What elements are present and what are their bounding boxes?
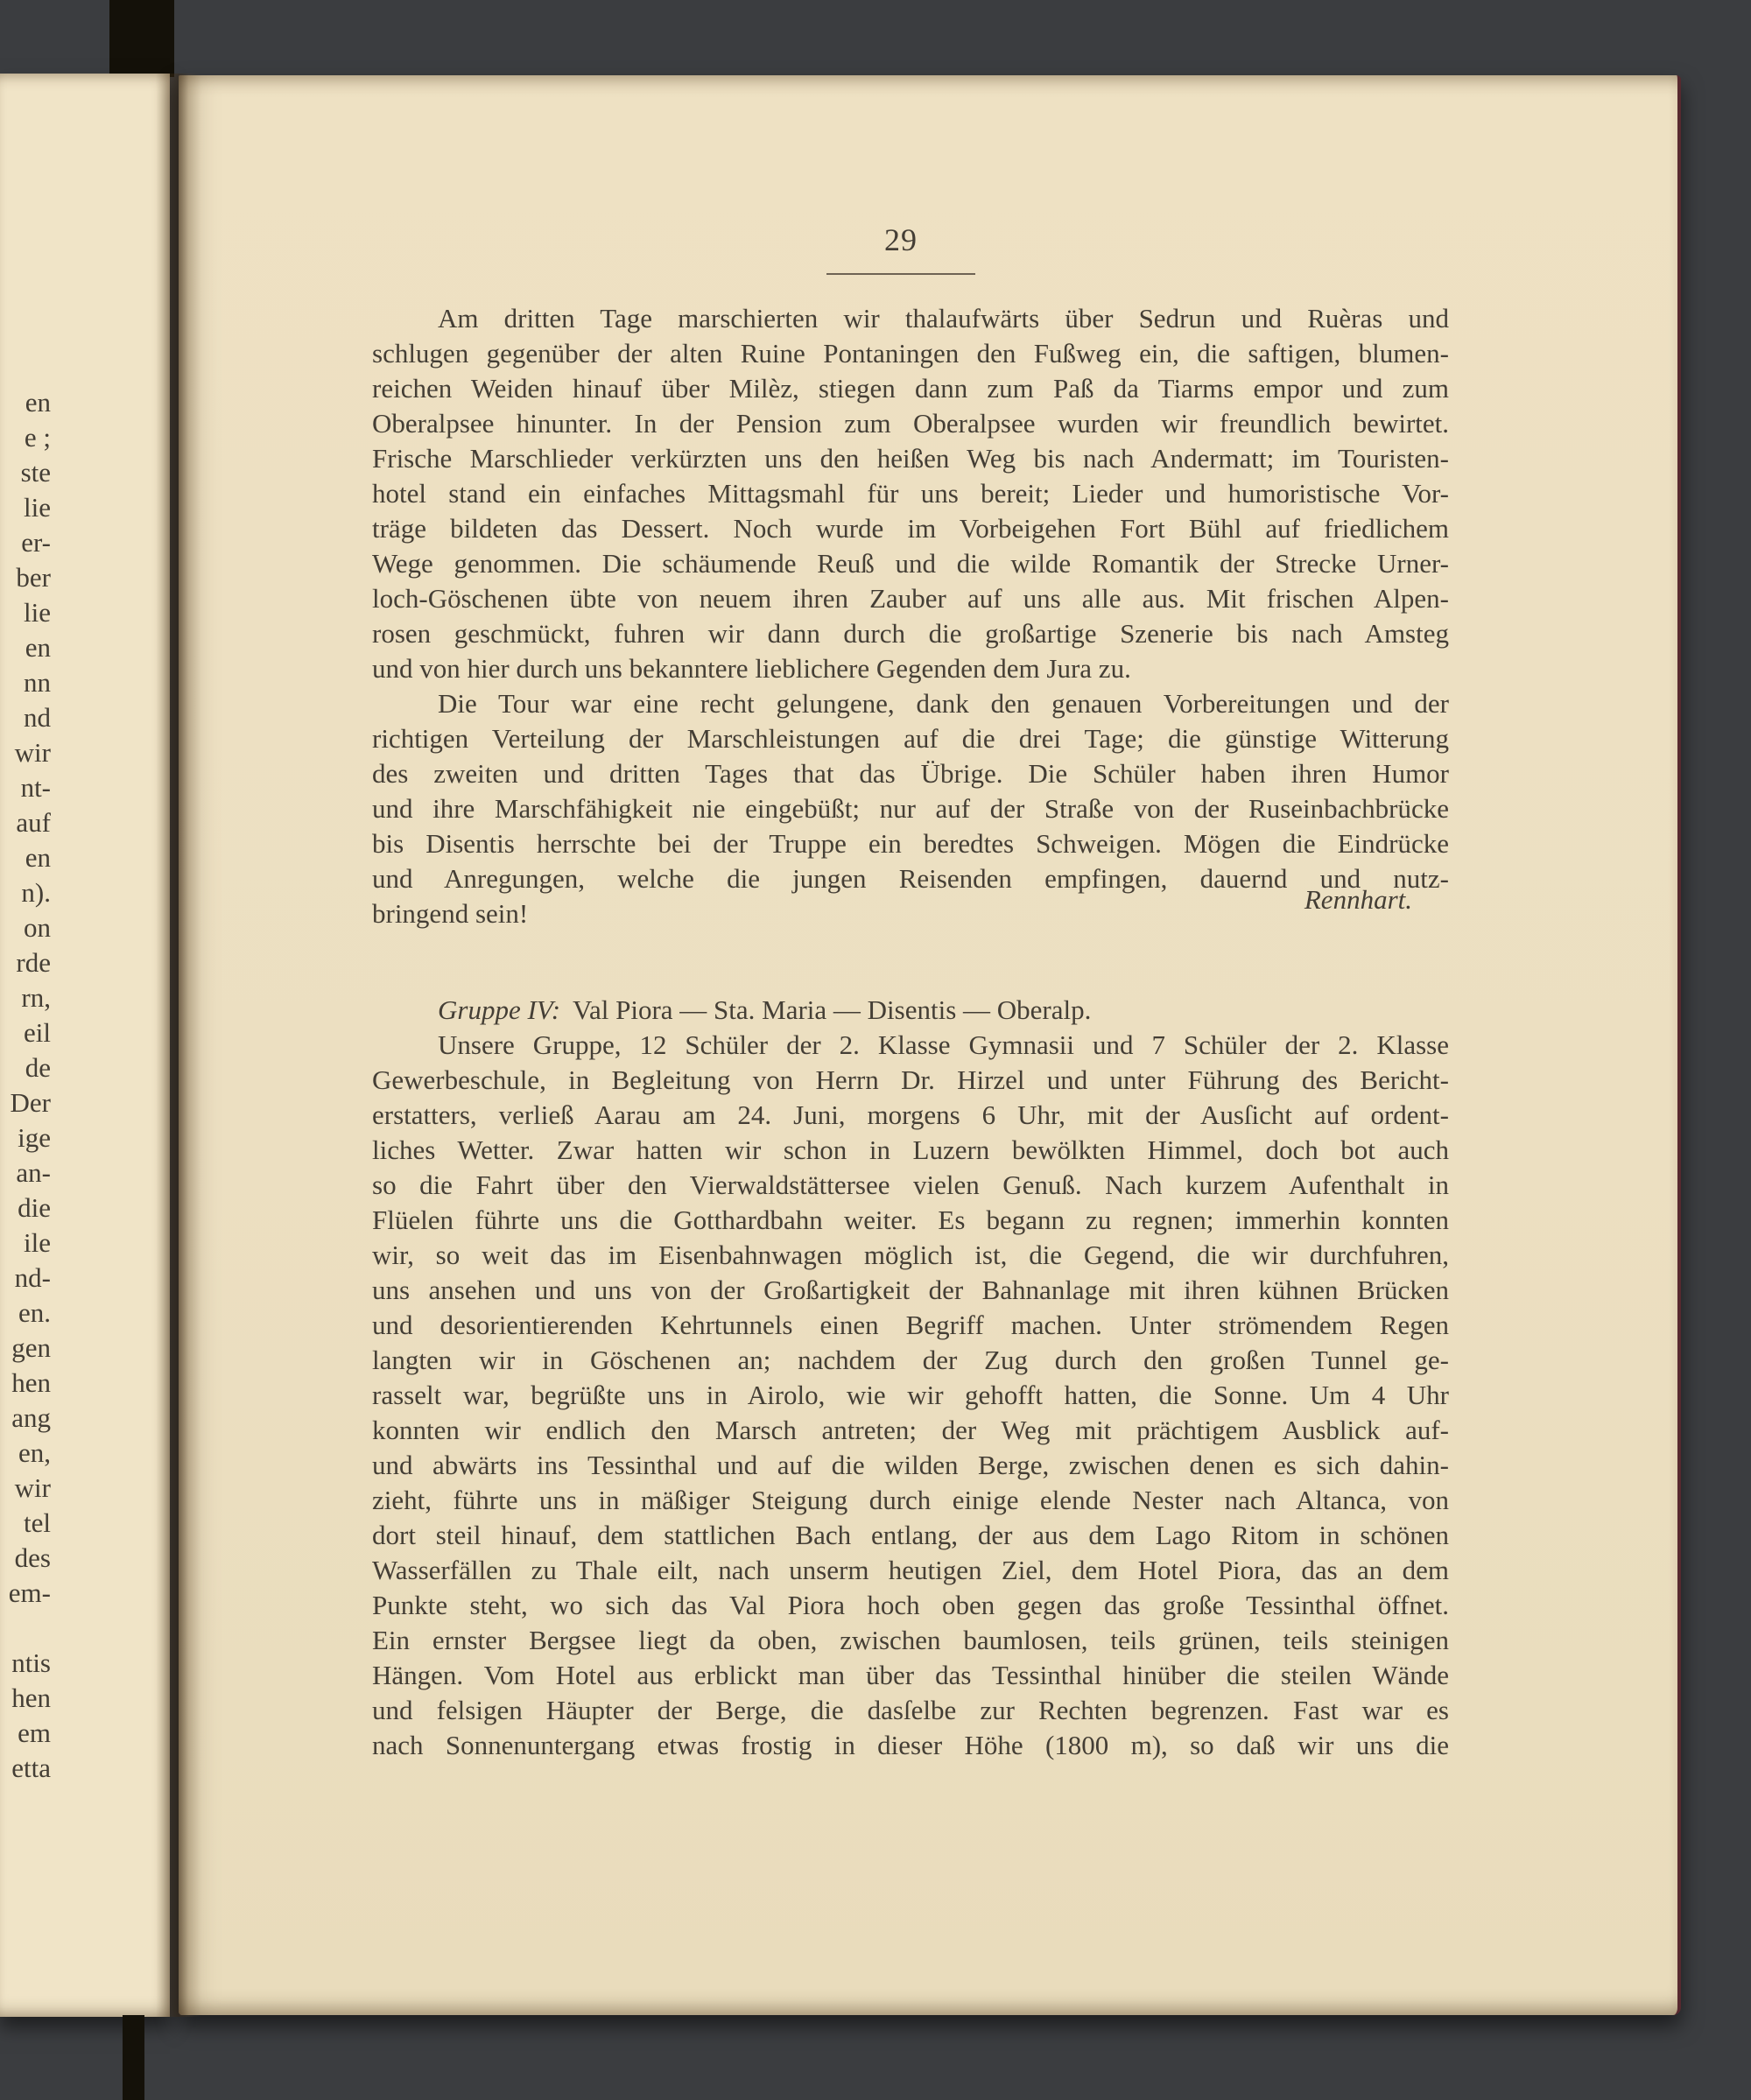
text-line: Unsere Gruppe, 12 Schüler der 2. Klasse … (372, 1028, 1449, 1063)
text-line: Wasserfällen zu Thale eilt, nach unserm … (372, 1553, 1449, 1588)
text-fragment (0, 1611, 51, 1646)
text-fragment: n). (0, 875, 51, 910)
text-fragment: wir (0, 735, 51, 770)
text-fragment: nd- (0, 1261, 51, 1296)
text-line: erstatters, verließ Aarau am 24. Juni, m… (372, 1098, 1449, 1133)
text-line: Ein ernster Bergsee liegt da oben, zwisc… (372, 1623, 1449, 1658)
text-fragment: ste (0, 455, 51, 490)
text-fragment: en, (0, 1436, 51, 1471)
text-block: Am dritten Tage marschierten wir thalauf… (372, 301, 1449, 1763)
text-fragment: eil (0, 1015, 51, 1050)
text-fragment: er- (0, 525, 51, 560)
text-fragment: auf (0, 805, 51, 840)
text-line: liches Wetter. Zwar hatten wir schon in … (372, 1133, 1449, 1168)
text-fragment: em (0, 1716, 51, 1751)
text-fragment: nt- (0, 770, 51, 805)
group-heading-route: Val Piora — Sta. Maria — Disentis — Ober… (573, 994, 1091, 1025)
text-line: Oberalpsee hinunter. In der Pension zum … (372, 406, 1449, 441)
text-fragment: rde (0, 945, 51, 980)
text-fragment: ber (0, 560, 51, 595)
book-scan-page: ene ;stelieer-berlieennnndwirnt-aufenn).… (0, 0, 1751, 2100)
group-heading-label: Gruppe IV: (438, 994, 560, 1025)
text-line: loch-Göschenen übte von neuem ihren Zaub… (372, 581, 1449, 616)
page: 29 Am dritten Tage marschierten wir thal… (179, 75, 1681, 2015)
page-number: 29 (826, 222, 975, 257)
text-line: Punkte steht, wo sich das Val Piora hoch… (372, 1588, 1449, 1623)
text-fragment: an- (0, 1155, 51, 1190)
text-fragment: gen (0, 1331, 51, 1366)
paragraph-tour-summary: Die Tour war eine recht gelungene, dank … (372, 686, 1449, 896)
text-line: und ihre Marschfähigkeit nie eingebüßt; … (372, 791, 1449, 826)
signoff-row: bringend sein! Rennhart. (372, 896, 1449, 931)
text-fragment: lie (0, 490, 51, 525)
text-line: und desorientierenden Kehrtunnels einen … (372, 1308, 1449, 1343)
text-line: konnten wir endlich den Marsch antreten;… (372, 1413, 1449, 1448)
text-fragment: ile (0, 1226, 51, 1261)
text-line: zieht, führte uns in mäßiger Steigung du… (372, 1483, 1449, 1518)
text-line: und Anregungen, welche die jungen Reisen… (372, 861, 1449, 896)
closing-line: bringend sein! (372, 898, 528, 929)
text-line: nach Sonnenuntergang etwas frostig in di… (372, 1728, 1449, 1763)
text-fragment: en. (0, 1296, 51, 1331)
text-line: rasselt war, begrüßte uns in Airolo, wie… (372, 1378, 1449, 1413)
text-fragment: hen (0, 1681, 51, 1716)
text-fragment: de (0, 1050, 51, 1085)
text-fragment: etta (0, 1751, 51, 1786)
text-fragment: on (0, 910, 51, 945)
paragraph-day-three: Am dritten Tage marschierten wir thalauf… (372, 301, 1449, 686)
text-fragment: ang (0, 1401, 51, 1436)
text-line: und felsigen Häupter der Berge, die dasſ… (372, 1693, 1449, 1728)
page-number-rule (826, 273, 975, 275)
text-fragment: en (0, 630, 51, 665)
text-line: uns ansehen und uns von der Großartigkei… (372, 1273, 1449, 1308)
text-fragment: die (0, 1190, 51, 1226)
text-fragment: tel (0, 1506, 51, 1541)
text-line: Frische Marschlieder verkürzten uns den … (372, 441, 1449, 476)
text-line: Die Tour war eine recht gelungene, dank … (372, 686, 1449, 721)
text-fragment: en (0, 385, 51, 420)
text-fragment: rn, (0, 980, 51, 1015)
facing-page-edge: ene ;stelieer-berlieennnndwirnt-aufenn).… (0, 74, 170, 2017)
text-line: hotel stand ein einfaches Mittagsmahl fü… (372, 476, 1449, 511)
text-fragment: ige (0, 1120, 51, 1155)
text-line: Flüelen führte uns die Gotthardbahn weit… (372, 1203, 1449, 1238)
bookmark-ribbon-top (109, 0, 174, 77)
text-line: Am dritten Tage marschierten wir thalauf… (372, 301, 1449, 336)
text-line: reichen Weiden hinauf über Milèz, stiege… (372, 371, 1449, 406)
text-line: wir, so weit das im Eisenbahnwagen mögli… (372, 1238, 1449, 1273)
text-line: so die Fahrt über den Vierwaldstättersee… (372, 1168, 1449, 1203)
text-line: und von hier durch uns bekanntere liebli… (372, 651, 1449, 686)
text-fragment: e ; (0, 420, 51, 455)
text-fragment: ntis (0, 1646, 51, 1681)
text-line: Gewerbeschule, in Begleitung von Herrn D… (372, 1063, 1449, 1098)
text-fragment: en (0, 840, 51, 875)
text-fragment: em- (0, 1576, 51, 1611)
bookmark-ribbon-bottom (123, 2015, 144, 2100)
text-line: rosen geschmückt, fuhren wir dann durch … (372, 616, 1449, 651)
text-fragment: wir (0, 1471, 51, 1506)
text-fragment: nn (0, 665, 51, 700)
text-line: des zweiten und dritten Tages that das Ü… (372, 756, 1449, 791)
text-fragment: Der (0, 1085, 51, 1120)
text-fragment: hen (0, 1366, 51, 1401)
text-fragment: lie (0, 595, 51, 630)
text-line: und abwärts ins Tessinthal und auf die w… (372, 1448, 1449, 1483)
paragraph-group-four: Unsere Gruppe, 12 Schüler der 2. Klasse … (372, 1028, 1449, 1763)
text-line: bis Disentis herrschte bei der Truppe ei… (372, 826, 1449, 861)
text-fragment: nd (0, 700, 51, 735)
text-line: schlugen gegenüber der alten Ruine Ponta… (372, 336, 1449, 371)
text-line: Hängen. Vom Hotel aus erblickt man über … (372, 1658, 1449, 1693)
facing-page-text-fragments: ene ;stelieer-berlieennnndwirnt-aufenn).… (0, 385, 51, 1786)
author-signature: Rennhart. (1304, 882, 1412, 917)
text-line: langten wir in Göschenen an; nachdem der… (372, 1343, 1449, 1378)
text-fragment: des (0, 1541, 51, 1576)
text-line: Wege genommen. Die schäumende Reuß und d… (372, 546, 1449, 581)
text-line: träge bildeten das Dessert. Noch wurde i… (372, 511, 1449, 546)
text-line: dort steil hinauf, dem stattlichen Bach … (372, 1518, 1449, 1553)
group-heading: Gruppe IV:Val Piora — Sta. Maria — Disen… (372, 993, 1449, 1028)
text-line: richtigen Verteilung der Marschleistunge… (372, 721, 1449, 756)
